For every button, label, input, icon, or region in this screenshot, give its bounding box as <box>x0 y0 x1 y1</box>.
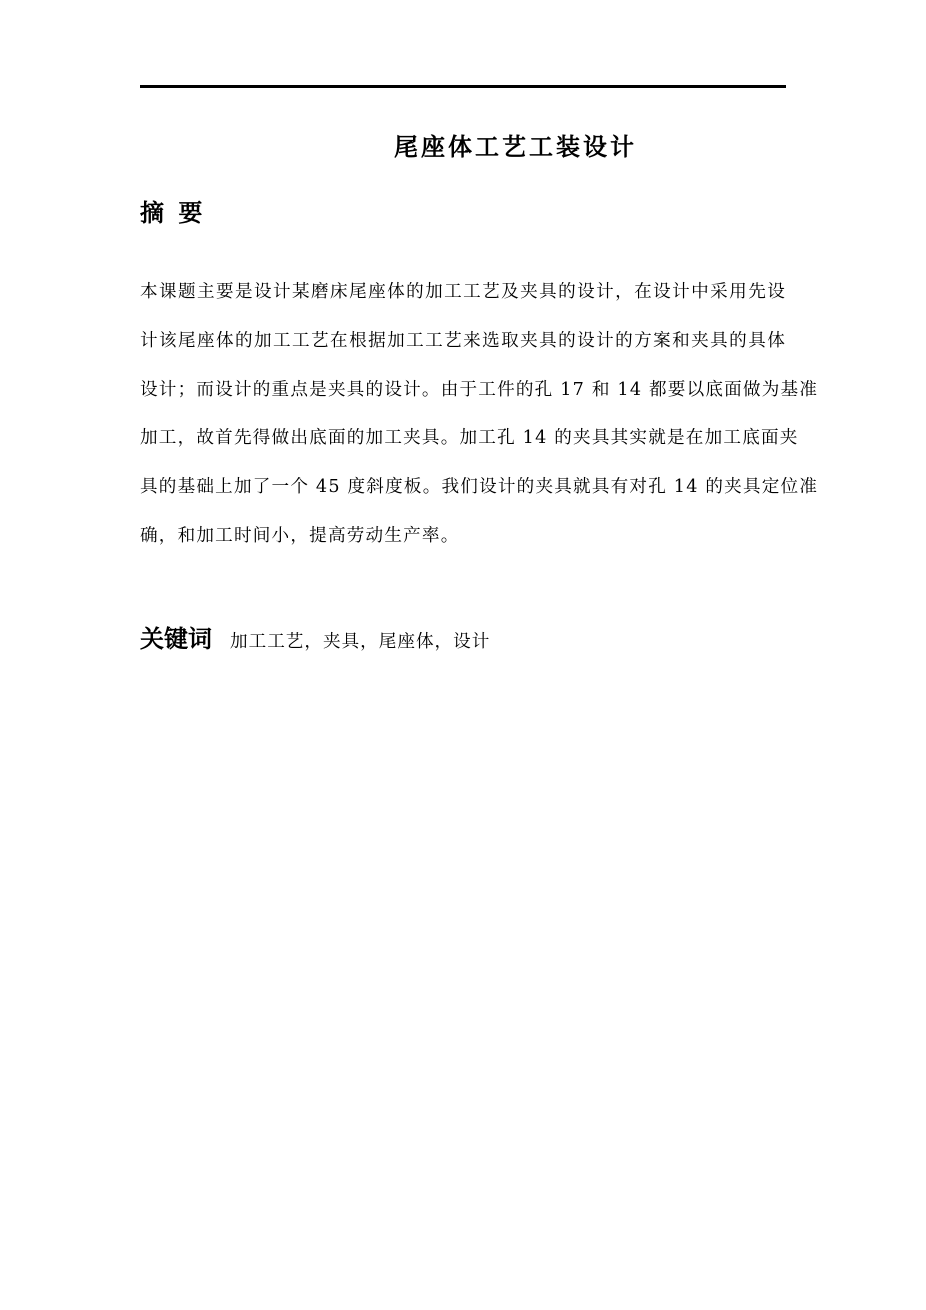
keywords-value: 加工工艺，夹具，尾座体，设计 <box>230 627 490 657</box>
document-page: 尾座体工艺工装设计 摘 要 本课题主要是设计某磨床尾座体的加工工艺及夹具的设计，… <box>0 0 926 1310</box>
keywords-section: 关键词 加工工艺，夹具，尾座体，设计 <box>140 624 490 657</box>
abstract-line: 具的基础上加了一个 45 度斜度板。我们设计的夹具就具有对孔 14 的夹具定位准 <box>140 463 786 512</box>
abstract-line: 计该尾座体的加工工艺在根据加工工艺来选取夹具的设计的方案和夹具的具体 <box>140 317 786 366</box>
abstract-line: 加工，故首先得做出底面的加工夹具。加工孔 14 的夹具其实就是在加工底面夹 <box>140 414 786 463</box>
abstract-line: 本课题主要是设计某磨床尾座体的加工工艺及夹具的设计，在设计中采用先设 <box>140 268 786 317</box>
header-rule <box>140 85 786 88</box>
keywords-label: 关键词 <box>140 624 212 654</box>
abstract-body: 本课题主要是设计某磨床尾座体的加工工艺及夹具的设计，在设计中采用先设 计该尾座体… <box>140 268 786 561</box>
abstract-line: 确，和加工时间小，提高劳动生产率。 <box>140 512 786 561</box>
document-title: 尾座体工艺工装设计 <box>394 131 624 163</box>
abstract-heading: 摘 要 <box>140 198 202 228</box>
abstract-line: 设计；而设计的重点是夹具的设计。由于工件的孔 17 和 14 都要以底面做为基准 <box>140 366 786 415</box>
